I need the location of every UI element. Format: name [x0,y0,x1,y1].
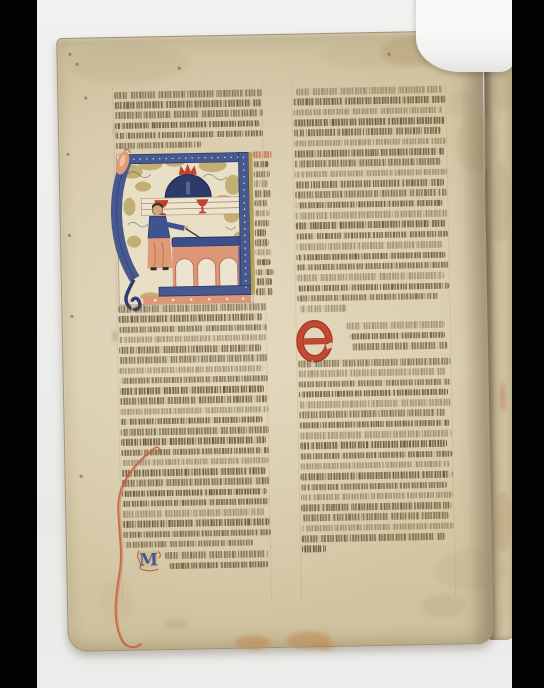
script-line [296,230,448,239]
parchment-leaf: M [56,30,494,652]
text-block-left-footer [165,550,271,569]
script-line [294,137,446,146]
script-line [253,151,271,158]
script-line [300,440,448,449]
script-line [254,200,267,207]
script-line [346,321,445,329]
script-line [254,210,269,217]
speck-dot [80,475,83,478]
speck-dot [178,67,181,70]
script-line [296,241,442,250]
script-line [254,180,269,187]
script-line [114,89,262,98]
script-line [120,375,268,384]
script-line [299,389,448,398]
script-line [300,419,451,428]
script-line [294,148,445,157]
script-line [299,399,451,408]
script-line [121,426,269,435]
parchment-stain [235,635,271,650]
right-black-mask [512,0,544,688]
script-line [350,331,445,339]
parchment-stain [501,382,504,412]
script-line [120,406,268,415]
script-line [296,210,448,219]
parchment-stain [491,72,511,112]
counter-slab [172,237,246,247]
script-line [255,230,266,237]
parchment-stain [446,89,477,120]
script-line [254,171,270,178]
script-line [119,354,267,363]
script-line [254,161,269,168]
script-line [255,259,270,266]
script-line [294,106,443,115]
left-black-mask [0,0,37,688]
script-line [255,239,270,246]
script-line [302,533,446,542]
script-line [256,278,272,285]
script-line [255,220,271,227]
parchment-stain [287,631,331,650]
script-line [119,365,264,374]
script-line [300,430,452,439]
script-line [119,334,266,343]
script-line [294,117,446,126]
script-line [255,249,272,256]
script-line [301,471,453,480]
script-line [254,190,271,197]
speck-dot [70,315,73,318]
script-line [296,251,445,260]
script-line [256,269,274,276]
script-line [115,130,263,139]
script-line [301,481,447,490]
text-block-right-main [298,358,454,553]
speck-dot [68,53,71,56]
script-line [301,502,452,511]
script-line [293,96,445,105]
script-line [301,491,453,500]
parchment-stain [421,593,465,618]
speck-dot [84,97,87,100]
script-line [297,261,449,270]
page-curl [416,0,514,72]
script-line [295,200,443,209]
script-line [119,324,267,333]
script-line [295,168,447,177]
speck-dot [68,234,71,237]
script-line [297,272,445,281]
script-line [300,450,452,459]
script-line [169,561,268,569]
historiated-initial-E [112,144,255,312]
text-block-right-beside [339,321,452,351]
script-line [114,99,261,108]
script-line [294,127,442,136]
script-line [115,110,263,119]
script-line [295,158,441,167]
script-line [119,344,261,353]
script-line [297,282,449,291]
parchment-stain [492,492,512,552]
script-line [299,409,445,418]
script-line [299,368,447,377]
parchment-stain [488,162,513,242]
script-line [118,313,262,322]
script-line [295,179,444,188]
script-line [302,545,326,552]
script-line [256,288,273,295]
text-block-right-top [293,86,449,313]
script-line [299,378,451,387]
script-line [295,189,447,198]
script-line [353,342,447,350]
speck-dot [76,63,79,66]
script-line [297,293,438,302]
text-block-left-top [114,89,263,149]
script-line [300,305,346,312]
speck-dot [66,153,69,156]
parchment-stain [67,43,188,85]
script-line [296,86,442,95]
script-line [165,550,268,558]
speck-dot [387,53,390,56]
script-line [120,416,262,425]
script-line [120,385,264,394]
red-initial-E [297,320,334,363]
script-line [115,120,260,129]
red-thread [95,437,179,668]
script-line [302,522,454,531]
script-line [296,220,447,229]
script-line [301,512,449,521]
script-line [120,395,267,404]
manuscript-photograph: { "photo": { "subject": "illuminated-med… [0,0,544,688]
script-line [300,461,449,470]
text-block-left-strip [253,151,274,295]
